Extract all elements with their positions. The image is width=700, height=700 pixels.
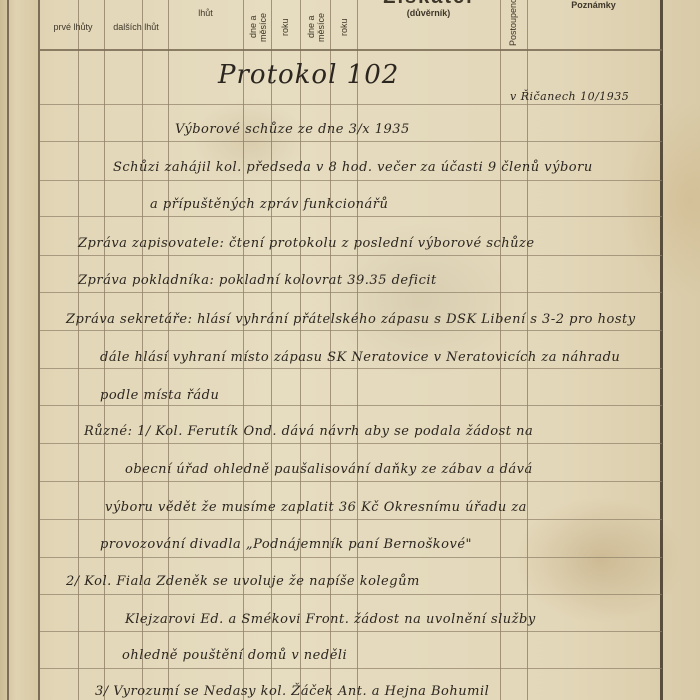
place-date: v Řičanech 10/1935 [510,90,629,103]
handwritten-line: provozování divadla „Podnájemník paní Be… [100,537,472,552]
header-sequence: Postoupeno [508,2,518,46]
handwritten-line: Výborové schůze ze dne 3/x 1935 [175,122,410,137]
row-rule [40,668,662,669]
row-rule [40,180,662,181]
column-rule [78,0,79,700]
header-year-2: roku [339,12,349,42]
handwritten-line: podle místa řádu [100,388,219,403]
row-rule [40,255,662,256]
right-border-rule [660,0,663,700]
handwritten-line: Schůzi zahájil kol. předseda v 8 hod. ve… [113,160,593,175]
row-rule [40,519,662,520]
header-year-1: roku [280,12,290,42]
ledger-page: prvé lhůty dalších lhůt lhůt dne a měsíc… [0,0,700,700]
handwritten-line: Zpráva pokladníka: pokladní kolovrat 39.… [78,273,437,288]
handwritten-line: dále hlásí vyhraní místo zápasu SK Nerat… [100,350,620,365]
handwritten-line: Klejzarovi Ed. a Smékovi Front. žádost n… [125,612,536,627]
row-rule [40,481,662,482]
header-deadline: lhůt [168,8,243,18]
handwritten-line: Zpráva sekretáře: hlásí vyhrání přátelsk… [66,312,636,327]
handwritten-line: Zpráva zapisovatele: čtení protokolu z p… [78,236,535,251]
header-rule [40,49,662,51]
left-border-rule [38,0,40,700]
handwritten-line: ohledně pouštění domů v neděli [122,648,347,663]
row-rule [40,216,662,217]
gutter-rule [7,0,9,700]
handwritten-line: a přípuštěných zpráv funkcionářů [150,197,388,212]
row-rule [40,443,662,444]
header-day-month-1: dne a měsíce [248,8,268,46]
row-rule [40,557,662,558]
row-rule [40,631,662,632]
header-further-deadlines: dalších lhůt [104,22,168,32]
row-rule [40,405,662,406]
row-rule [40,594,662,595]
header-first-deadline: prvé lhůty [42,22,104,32]
row-rule [40,104,662,105]
handwritten-line: 3/ Vyrozumí se Nedasy kol. Žáček Ant. a … [95,684,489,699]
row-rule [40,141,662,142]
row-rule [40,292,662,293]
row-rule [40,368,662,369]
row-rule [40,330,662,331]
binding-gutter [0,0,40,700]
handwritten-line: 2/ Kol. Fiala Zdeněk se uvoluje že napíš… [66,574,420,589]
handwritten-line: výboru vědět že musíme zaplatit 36 Kč Ok… [105,500,527,515]
protocol-title: Protokol 102 [218,60,399,90]
header-recruiter-sub: (důvěrník) [357,8,500,18]
header-notes: Poznámky [527,0,660,10]
header-day-month-2: dne a měsíce [306,8,326,46]
handwritten-line: Různé: 1/ Kol. Ferutík Ond. dává návrh a… [84,424,533,439]
handwritten-line: obecní úřad ohledně paušalisování daňky … [125,462,533,477]
